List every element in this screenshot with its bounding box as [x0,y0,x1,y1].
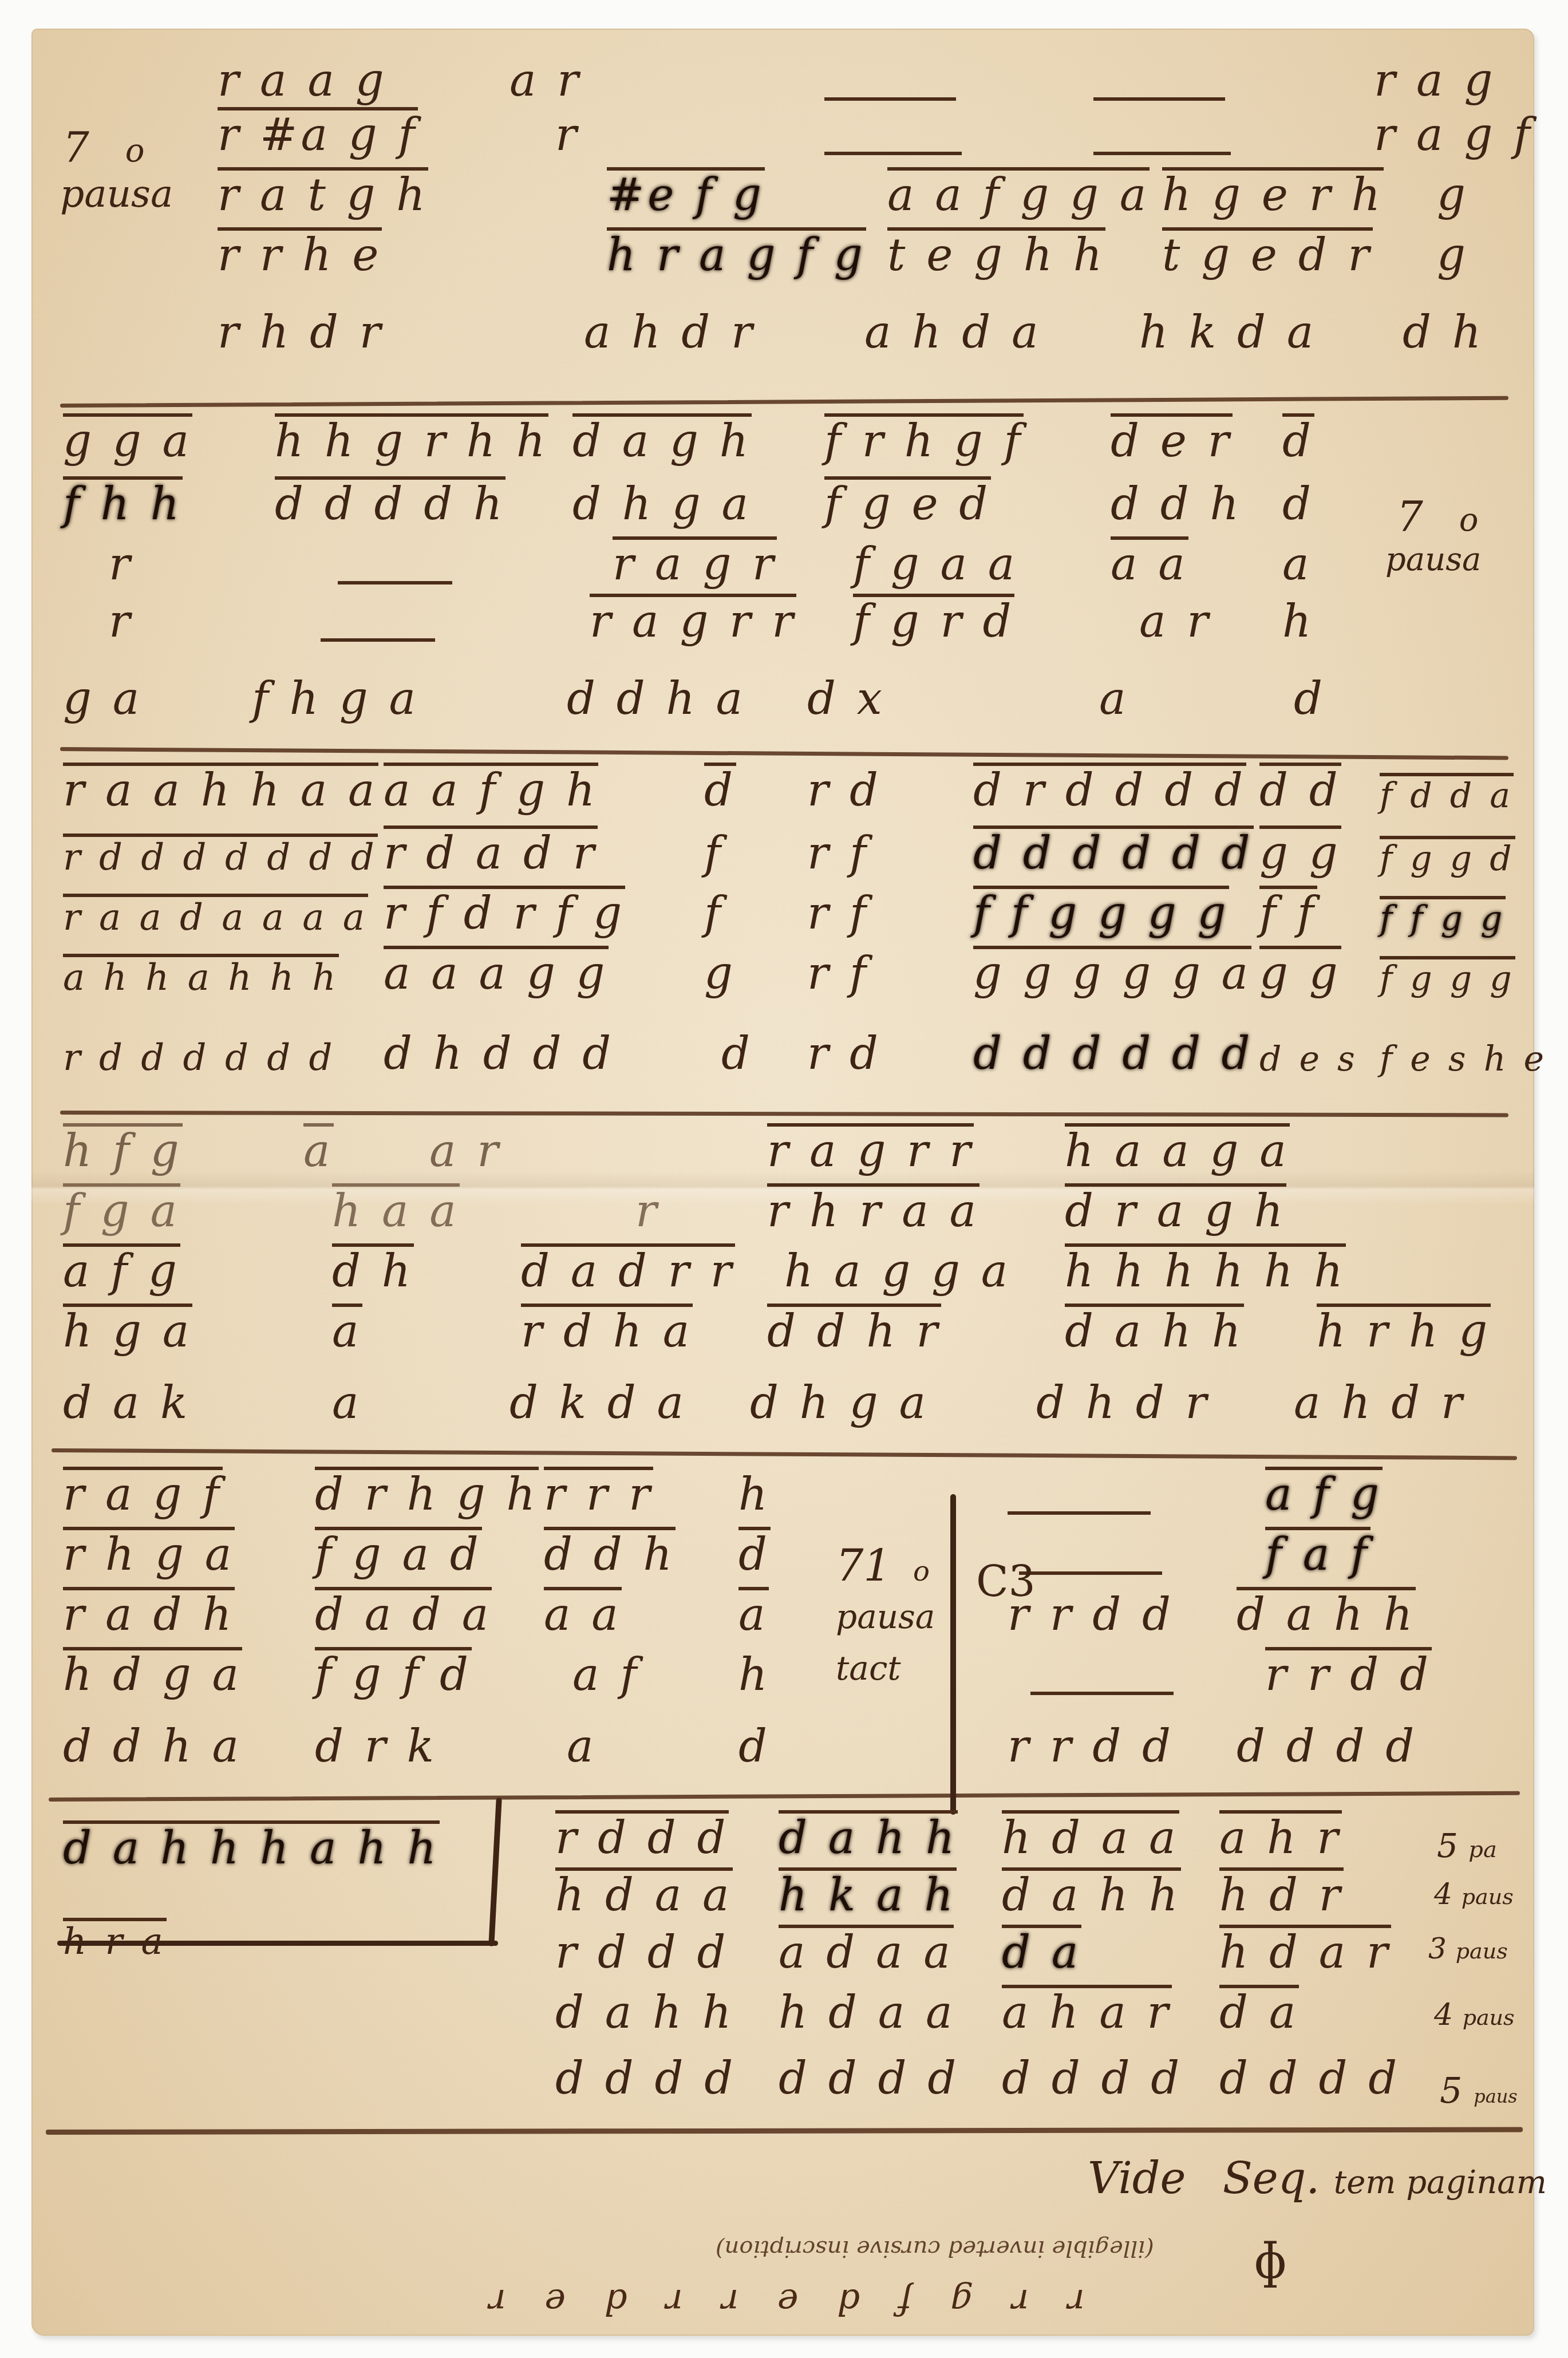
tab-cell: d [738,1724,771,1769]
voice-row: a h h a h h h a a a g g g r f g g g g g … [63,945,1506,996]
voice-row: g g a h h g r h h d a g h f r h g f d e … [63,412,1506,464]
tablature-system-1: r a a g a r r a g r #a g f r r a g f r a… [63,52,1506,395]
tab-cell: a [332,1381,362,1425]
voice-row: r d d d d d d d h d d d d r d d d d d d … [63,1025,1506,1076]
tab-cell: a a f g g a [887,167,1150,218]
system-5-pausa-word: pausa [836,1597,935,1636]
tab-cell: a a [1111,536,1188,587]
tab-cell: d d d d [1002,2056,1183,2101]
tab-cell: g g [1259,826,1341,876]
voice-row: g a f h g a d d h a d x a d [63,670,1506,721]
pause-note: 5 paus [1440,2069,1518,2111]
tab-cell: f h g a [252,677,419,721]
tab-cell: d d h [1111,482,1242,527]
tab-cell: d a [1002,1925,1081,1975]
tab-cell: h d g a [63,1647,242,1697]
tab-cell: d h [332,1243,414,1294]
tab-cell: d d [1259,763,1341,813]
tab-cell: r f [807,831,870,876]
tab-cell: f g a [63,1183,180,1234]
tab-cell: d r k [315,1724,437,1769]
tab-cell: h h g r h h [275,413,548,464]
tab-cell: a [738,1587,769,1637]
tab-cell: f g g d [1380,836,1515,876]
tab-cell: r h r a a [767,1183,979,1234]
tab-cell: f g e d [824,476,991,527]
tab-cell: r a g f [1374,113,1534,157]
system-2-pausa-word: pausa [1385,541,1481,578]
voice-row: f h h d d d d h d h g a f g e d d d h d [63,475,1506,527]
tab-cell: h k d a [1139,310,1317,355]
pause-count: 5 [1437,1826,1458,1865]
tab-cell: h d a a [779,1990,956,2035]
tab-cell: g [704,951,736,996]
pause-note: 5 pa [1437,1826,1497,1865]
tablature-system-4: h f g a a r r a g r r h a a g a f g a h … [63,1122,1506,1443]
tab-cell: d [721,1032,753,1076]
tab-cell: f [704,831,724,876]
rest-count: 7 [1397,492,1423,540]
tab-cell: r a a h h a a [63,763,378,813]
tab-cell: d d d d [555,2056,736,2101]
tab-cell: #e f g [607,167,765,218]
pause-count: 4 [1434,1998,1453,2032]
tab-cell: d [1294,677,1326,721]
tab-cell: h a a g a [1065,1123,1290,1174]
tab-cell: d h g a [750,1381,929,1425]
paginam-word: tem paginam [1334,2164,1547,2201]
tab-cell: r [109,542,133,587]
tab-cell: a f g [63,1243,180,1294]
tab-cell: d [738,1527,771,1577]
voice-row: r a a d a a a a r f d r f g f r f f f g … [63,884,1506,936]
tab-cell: g g g g g a [973,946,1251,996]
tab-cell [321,638,435,644]
tab-cell: d a h h [1237,1587,1416,1637]
tab-cell [824,97,956,103]
tab-cell: d a h h [1065,1304,1244,1354]
rest-mark: o [913,1555,930,1587]
tab-cell: d r d d d d [973,763,1246,813]
tab-cell [1008,1511,1151,1517]
pause-note: 4 paus [1434,1878,1514,1911]
tab-cell: d r h g h [315,1467,539,1517]
tab-cell: d e r [1111,413,1233,464]
box-bottom-line [57,1941,498,1946]
tab-cell: d d h a [567,677,746,721]
tab-cell: f f g g g g [973,886,1229,936]
tab-cell: f g f d [315,1647,472,1697]
tab-cell: a d a a [779,1925,954,1975]
tab-cell: r d d d d d d d [63,834,378,876]
pause-word: paus [1463,2005,1515,2030]
tab-cell: t g e d r [1162,227,1373,278]
tab-cell: f g a a [853,542,1018,587]
tablature-system-2: g g a h h g r h h d a g h f r h g f d e … [63,412,1506,744]
vide-word: Vide [1088,2152,1186,2203]
tab-cell: a h h a h h h [63,954,339,996]
tab-cell: d a h h [779,1810,958,1861]
tab-cell: r a t g h [218,167,428,218]
tab-cell: f h h [63,476,183,527]
voice-row: d d h a d r k a d r r d d d d d d [63,1717,1506,1769]
tab-cell: d d h [544,1527,676,1577]
tab-cell: d k d a [509,1381,687,1425]
tab-cell: d a h h [555,1990,734,2035]
pause-word: paus [1462,1884,1514,1909]
tab-cell: d d d d h [275,476,505,527]
tab-cell: a [332,1304,362,1354]
tab-cell: h g a [63,1304,192,1354]
voice-row: r #a g f r r a g f [63,106,1506,157]
tab-cell: f g a d [315,1527,482,1577]
tab-cell: d a g h [572,413,752,464]
tab-cell: r r d d [1008,1724,1174,1769]
tab-cell: f d d a [1380,773,1514,813]
tab-cell: a h d r [1294,1381,1466,1425]
voice-row: r r a g r f g a a a a a [63,535,1506,587]
tab-cell: a r [429,1129,502,1174]
tab-cell [1093,152,1231,157]
voice-row: h g a a r d h a d d h r d a h h h r h g [63,1302,1506,1354]
tab-cell: r a g r r [767,1123,974,1174]
inverted-inscription: (illegible inverted cursive inscription) [716,2235,1154,2262]
pause-word: pa [1468,1836,1496,1863]
tab-cell: a [1099,677,1129,721]
tab-cell: f a f [1265,1527,1370,1577]
voice-row: h f g a a r r a g r r h a a g a [63,1122,1506,1174]
tab-cell: r h d r [218,310,384,355]
tab-cell: h r h g [1317,1304,1491,1354]
tab-cell: r h g a [63,1527,235,1577]
tab-cell: g [1437,233,1469,278]
tab-cell: d e s [1259,1042,1358,1076]
tab-cell: a f [572,1653,640,1697]
tab-cell: a h d a [864,310,1042,355]
tab-cell: h [1282,599,1314,644]
tab-cell: a a [544,1587,622,1637]
tab-cell: d a h h h a h h [63,1820,440,1871]
tab-cell: h d a a [1002,1810,1179,1861]
voice-row: d a h h h d a a a h a r d a [63,1984,1506,2035]
tab-cell: f e s h e [1380,1042,1547,1076]
tab-cell: d [1282,482,1314,527]
tab-cell: f f [1259,886,1317,936]
tab-cell: r r d d [1265,1647,1432,1697]
section-barline [950,1494,956,1815]
tab-cell: r r r [544,1467,653,1517]
tab-cell: g a [63,677,143,721]
tab-cell: g [1437,173,1469,218]
tab-cell: a h r [1219,1810,1342,1861]
tab-cell: h d a a [555,1867,733,1918]
tab-cell: r [555,113,580,157]
tab-cell: h f g [63,1123,183,1174]
voice-row: r d d d a d a a d a h d a r [63,1923,1506,1975]
voice-row: r r h e h r a g f g t e g h h t g e d r … [63,226,1506,278]
voice-row: d d d d d d d d d d d d d d d d [63,2049,1506,2101]
tab-cell: d [1282,413,1314,464]
tab-cell: r d d d [555,1810,729,1861]
tab-cell [338,581,452,587]
tab-cell: d h d r [1036,1381,1210,1425]
tab-cell: h d r [1219,1867,1344,1918]
tab-cell: r a g r [613,536,777,587]
tab-cell: d d h r [767,1304,941,1354]
inverted-tablature-fragment: r r g f d e r r d e r [475,2281,1085,2323]
tab-cell: a [1282,542,1313,587]
voice-row: d a k a d k d a d h g a d h d r a h d r [63,1374,1506,1425]
tab-cell: d h [1403,310,1484,355]
tab-cell: a a a g g [384,946,609,996]
voice-row: r d d d d d d d r d a d r f r f d d d d … [63,824,1506,876]
tab-cell: d [704,763,736,813]
tab-cell: f g g g [1380,956,1515,996]
tab-cell: f r h g f [824,413,1024,464]
tab-cell: r f d r f g [384,886,625,936]
tab-cell: r d [807,1032,882,1076]
tab-cell [1019,1571,1162,1577]
sequentem-abbrev: Seq. [1223,2152,1320,2203]
tablature-system-3: r a a h h a a a a f g h d r d d r d d d … [63,761,1506,1105]
voice-row: r h g a f g a d d d h d f a f [63,1526,1506,1577]
tab-cell: d x [807,677,886,721]
tab-cell: r a g [1374,58,1496,103]
tab-cell: d a d a [315,1587,492,1637]
tab-cell: d a [1219,1985,1299,2035]
tab-cell: r d h a [521,1304,693,1354]
rest-count: 71 [836,1540,891,1591]
pause-count: 5 [1440,2069,1462,2111]
pause-word: paus [1456,1938,1508,1964]
tab-cell: d a k [63,1381,191,1425]
pause-note: 4 paus [1434,1998,1515,2032]
tab-cell: a r [1139,599,1212,644]
voice-row: h d g a f g f d a f h r r d d [63,1646,1506,1697]
tab-cell [824,152,962,157]
tab-cell: a h d r [584,310,756,355]
system-5-rest-label: 71 o [836,1540,930,1591]
tab-cell: h g e r h [1162,167,1384,218]
tab-cell: d d d d [779,2056,959,2101]
tab-cell: t e g h h [887,227,1105,278]
tab-cell: f [704,891,724,936]
voice-row: r a a g a r r a g [63,52,1506,103]
tab-cell: r a d h [63,1587,235,1637]
tab-cell: r a g f [63,1467,223,1517]
tab-cell: d h d d d [384,1032,614,1076]
tab-cell: g g [1259,946,1341,996]
tab-cell: f g r d [853,594,1014,644]
pause-word: paus [1474,2086,1518,2107]
system-2-rest-label: 7 o [1397,492,1478,540]
tab-cell: h h h h h h [1065,1243,1346,1294]
tab-cell: h r a [63,1918,167,1960]
tab-cell: h k a h [779,1867,957,1918]
signum-congruentiae-icon: ɸ [1254,2233,1287,2289]
tab-cell: h [738,1653,771,1697]
tab-cell: r a g r r [590,594,796,644]
tab-cell: r d d d d d d [63,1040,335,1076]
tab-cell: r a a d a a a a [63,894,368,936]
tab-cell: r f [807,891,870,936]
time-signature: C3 [976,1557,1036,1606]
tab-cell: d d h a [63,1724,242,1769]
pause-count: 4 [1434,1878,1452,1911]
tab-cell: a h a r [1002,1985,1172,2035]
pause-note: 3 paus [1428,1932,1508,1965]
voice-row: f g a h a a r r h r a a d r a g h [63,1182,1506,1234]
tab-cell: a r [509,58,582,103]
vide-sequentem-instruction: Vide Seq. tem paginam [1088,2152,1547,2203]
tab-cell: h a g g a [784,1249,1011,1294]
voice-row: r a g f d r h g h r r r h a f g [63,1466,1506,1517]
tab-cell: d a d r r [521,1243,735,1294]
tab-cell: h a a [332,1183,460,1234]
tab-cell: d h g a [572,482,752,527]
tab-cell: h [738,1472,771,1517]
tablature-system-5: r a g f d r h g h r r r h a f g r h g a … [63,1466,1506,1792]
tab-cell: d d d d [1237,1724,1417,1769]
tab-cell: h r a g f g [607,227,866,278]
pause-count: 3 [1428,1932,1447,1965]
voice-row: r a a h h a a a a f g h d r d d r d d d … [63,761,1506,813]
tab-cell: d r a g h [1065,1183,1286,1234]
tab-cell: f f g g [1380,896,1506,936]
tab-cell: r d a d r [384,826,598,876]
tab-cell: a [567,1724,597,1769]
tab-cell: r f [807,951,870,996]
tab-cell: r d d d [555,1930,729,1975]
voice-row: r r a g r r f g r d a r h [63,593,1506,644]
tab-cell: d d d d d d [973,826,1254,876]
tab-cell: a f g [1265,1467,1383,1517]
tab-cell: h d a r [1219,1925,1391,1975]
tab-cell: d d d d d d [973,1032,1254,1076]
voice-row: r h d r a h d r a h d a h k d a d h [63,303,1506,355]
voice-row: a f g d h d a d r r h a g g a h h h h h … [63,1242,1506,1294]
voice-row: r a t g h #e f g a a f g g a h g e r h g [63,166,1506,218]
tab-cell: r [109,599,133,644]
tab-cell: r d [807,768,882,813]
tab-cell: d a h h [1002,1867,1181,1918]
tab-cell [1030,1692,1174,1697]
tab-cell: r r h e [218,227,382,278]
system-5-tact-word: tact [836,1649,901,1688]
tab-cell: g g a [63,413,192,464]
voice-row: r a d h d a d a a a a r r d d d a h h [63,1586,1506,1637]
tab-cell [1093,97,1225,103]
tab-cell: r [635,1189,660,1234]
rest-mark: o [1459,501,1479,539]
tab-cell: a a f g h [384,763,598,813]
tab-cell: d d d d [1219,2056,1400,2101]
tab-cell: r #a g f [218,107,418,157]
tab-cell: r a a g [218,58,388,103]
tab-cell: a [303,1123,334,1174]
